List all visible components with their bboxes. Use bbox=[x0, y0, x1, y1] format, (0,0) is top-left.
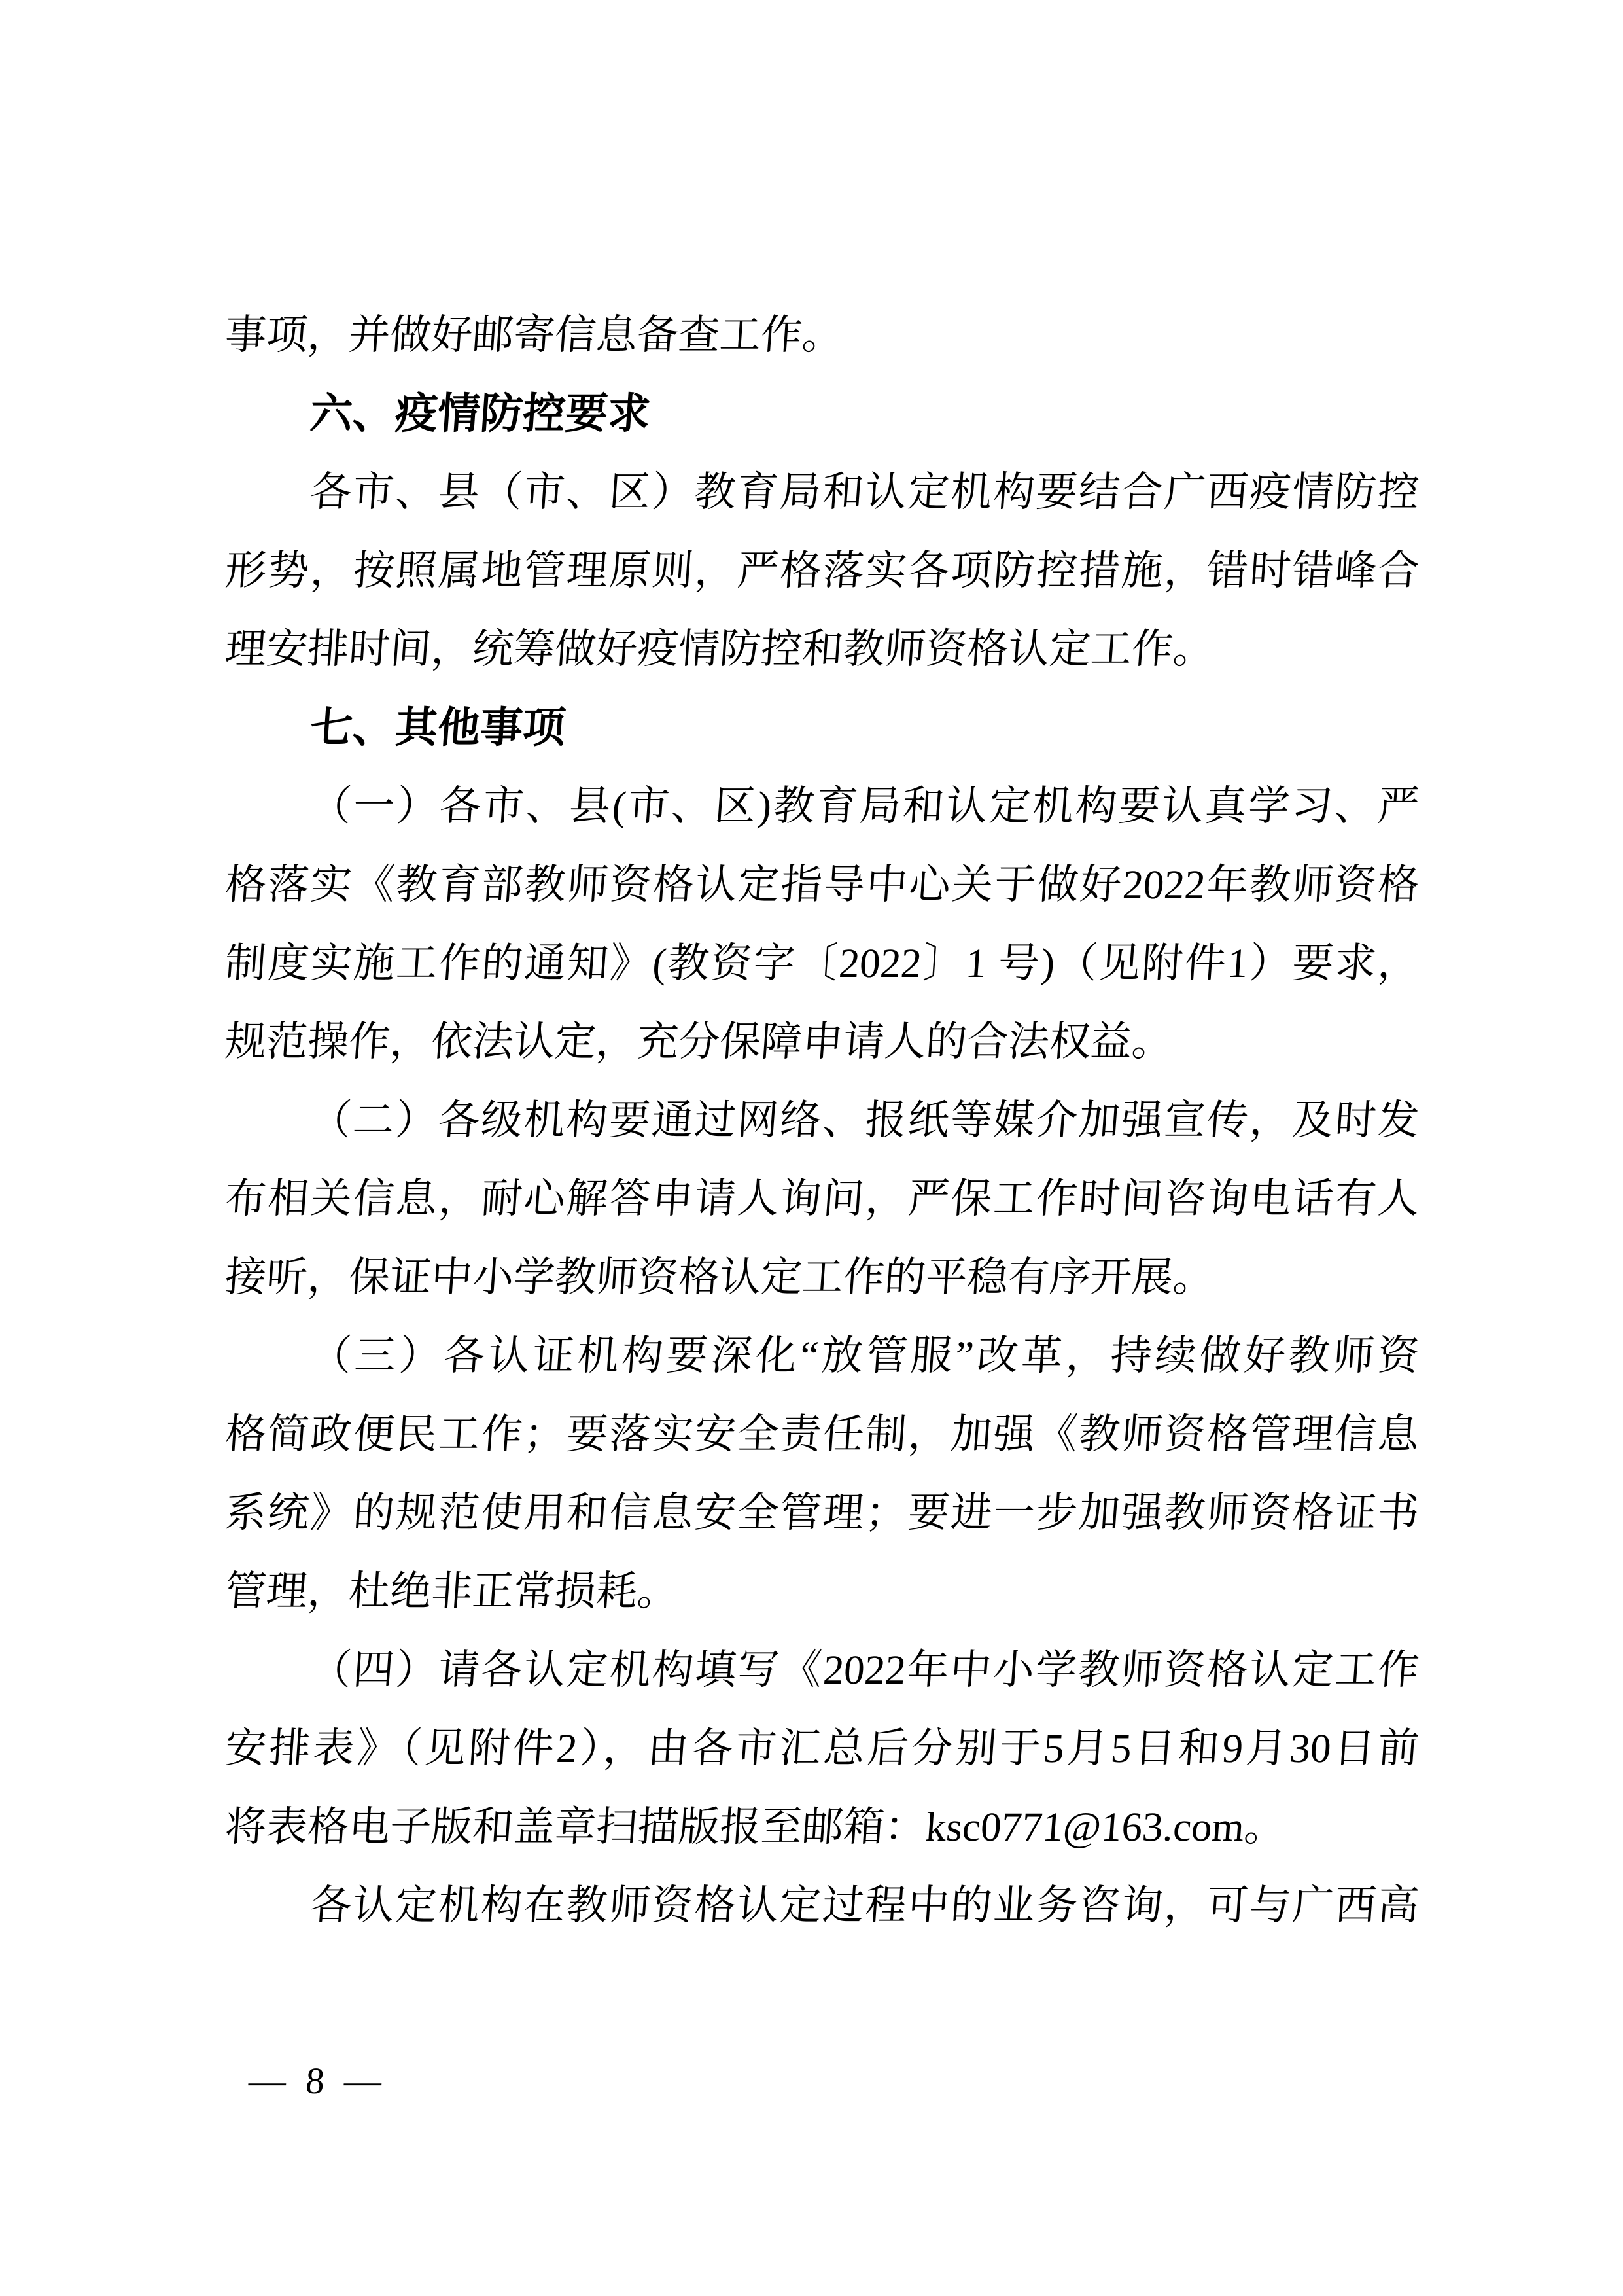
document-page: 事项，并做好邮寄信息备查工作。六、疫情防控要求各市、县（市、区）教育局和认定机构… bbox=[0, 0, 1623, 2296]
text-line: 格落实《教育部教师资格认定指导中心关于做好2022年教师资格 bbox=[222, 845, 1422, 924]
text-line: 系统》的规范使用和信息安全管理；要进一步加强教师资格证书 bbox=[222, 1474, 1422, 1552]
text-line: 形势，按照属地管理原则，严格落实各项防控措施，错时错峰合 bbox=[222, 531, 1422, 610]
text-line: 安排表》（见附件2），由各市汇总后分别于5月5日和9月30日前 bbox=[222, 1709, 1422, 1788]
text-line: 格简政便民工作；要落实安全责任制，加强《教师资格管理信息 bbox=[222, 1395, 1422, 1474]
text-line: （二）各级机构要通过网络、报纸等媒介加强宣传，及时发 bbox=[222, 1081, 1422, 1159]
section-heading: 六、疫情防控要求 bbox=[222, 374, 1422, 453]
text-line: 事项，并做好邮寄信息备查工作。 bbox=[222, 296, 1422, 374]
section-heading: 七、其他事项 bbox=[222, 688, 1422, 767]
text-line: 理安排时间，统筹做好疫情防控和教师资格认定工作。 bbox=[222, 610, 1422, 688]
text-line: 规范操作，依法认定，充分保障申请人的合法权益。 bbox=[222, 1002, 1422, 1081]
text-line: （一）各市、县(市、区)教育局和认定机构要认真学习、严 bbox=[222, 767, 1422, 845]
text-line: 接听，保证中小学教师资格认定工作的平稳有序开展。 bbox=[222, 1238, 1422, 1316]
text-line: （四）请各认定机构填写《2022年中小学教师资格认定工作 bbox=[222, 1631, 1422, 1709]
text-line: 管理，杜绝非正常损耗。 bbox=[222, 1552, 1422, 1631]
document-body: 事项，并做好邮寄信息备查工作。六、疫情防控要求各市、县（市、区）教育局和认定机构… bbox=[222, 296, 1416, 1945]
text-line: 各市、县（市、区）教育局和认定机构要结合广西疫情防控 bbox=[222, 453, 1422, 531]
text-line: （三）各认证机构要深化“放管服”改革，持续做好教师资 bbox=[222, 1316, 1422, 1395]
text-line: 将表格电子版和盖章扫描版报至邮箱：ksc0771@163.com。 bbox=[222, 1788, 1422, 1866]
text-line: 制度实施工作的通知》(教资字〔2022〕1 号)（见附件1）要求， bbox=[222, 924, 1422, 1002]
text-line: 布相关信息，耐心解答申请人询问，严保工作时间咨询电话有人 bbox=[222, 1159, 1422, 1238]
page-number: — 8 — bbox=[247, 2061, 388, 2102]
text-line: 各认定机构在教师资格认定过程中的业务咨询，可与广西高 bbox=[222, 1866, 1422, 1945]
